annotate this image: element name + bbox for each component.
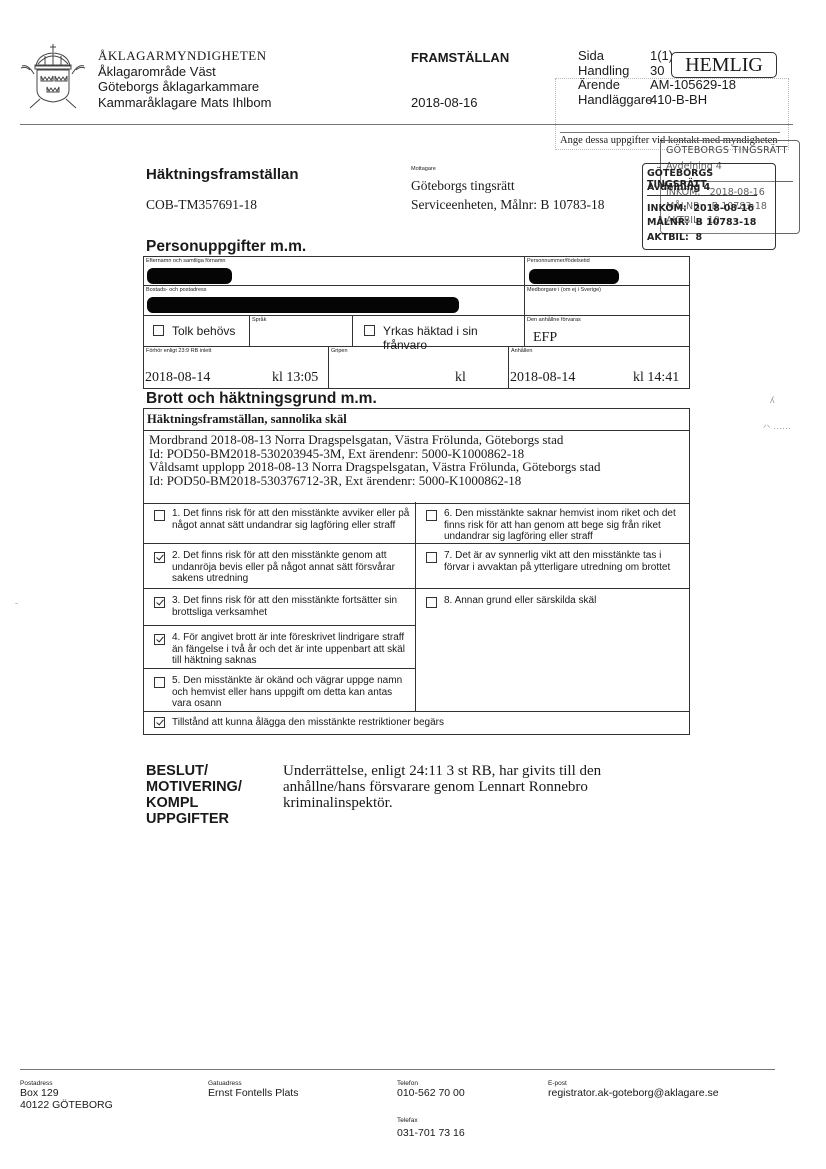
ground-5[interactable]: 5. Den misstänkte är okänd och vägrar up… [144, 669, 416, 712]
coat-of-arms-logo-icon [18, 42, 88, 112]
ground-6[interactable]: 6. Den misstänkte saknar hemvist inom ri… [416, 502, 689, 544]
scan-artifact: - [15, 598, 18, 608]
footer-phone: Telefon 010-562 70 00 [397, 1080, 465, 1099]
email-link[interactable]: registrator.ak-goteborg@aklagare.se [548, 1087, 719, 1099]
redaction [529, 269, 619, 284]
checkbox-checked-icon[interactable] [154, 634, 165, 645]
redaction [147, 297, 459, 313]
checkbox-checked-icon[interactable] [154, 717, 165, 728]
scan-artifact: ᐟᐠ ⋯⋯ [763, 423, 791, 434]
recipient-unit: Serviceenheten, Målnr: B 10783-18 [411, 197, 604, 213]
footer-postal: Postadress Box 129 40122 GÖTEBORG [20, 1080, 113, 1111]
interrogation-field: Förhör enligt 23:9 RB inlett 2018-08-14 … [144, 347, 329, 388]
checkbox-checked-icon[interactable] [154, 552, 165, 563]
ground-4[interactable]: 4. För angivet brott är inte föreskrivet… [144, 626, 416, 669]
footer-email: E-post registrator.ak-goteborg@aklagare.… [548, 1080, 719, 1099]
case-number: COB-TM357691-18 [146, 197, 257, 213]
section-title-offense: Brott och häktningsgrund m.m. [146, 390, 377, 408]
document-date: 2018-08-16 [411, 95, 478, 110]
offense-box: Häktningsframställan, sannolika skäl Mor… [143, 408, 690, 504]
decision-text: Underrättelse, enligt 24:11 3 st RB, har… [283, 763, 601, 811]
checkbox-icon[interactable] [426, 597, 437, 608]
citizenship-field: Medborgare i (om ej i Sverige) [525, 286, 689, 316]
ground-7[interactable]: 7. Det är av synnerlig vikt att den miss… [416, 544, 689, 589]
page-title: Häktningsframställan [146, 166, 299, 183]
redaction [147, 268, 232, 284]
offense-line: Id: POD50-BM2018-530376712-3R, Ext ärend… [149, 474, 601, 488]
ground-1[interactable]: 1. Det finns risk för att den misstänkte… [144, 502, 416, 544]
checkbox-icon[interactable] [154, 677, 165, 688]
checkbox-icon[interactable] [153, 325, 164, 336]
checkbox-icon[interactable] [364, 325, 375, 336]
restrictions-request[interactable]: Tillstånd att kunna ålägga den misstänkt… [144, 712, 689, 734]
language-field: Språk [250, 316, 353, 347]
person-details-table: Efternamn och samtliga förnamn Personnum… [143, 256, 690, 389]
address-field: Bostads- och postadress [144, 286, 525, 316]
section-title-person: Personuppgifter m.m. [146, 238, 306, 256]
header-divider [20, 124, 793, 125]
offense-heading: Häktningsframställan, sannolika skäl [147, 412, 347, 427]
meta-row-case: ÄrendeAM-105629-18 [578, 78, 736, 93]
meta-divider [560, 132, 780, 133]
ground-8[interactable]: 8. Annan grund eller särskilda skäl [416, 589, 689, 712]
detained-field: Anhållen 2018-08-14 kl 14:41 [509, 347, 689, 388]
classification-stamp: HEMLIG [671, 52, 777, 78]
recipient-label: Mottagare [411, 166, 436, 172]
authority-region: Åklagarområde Väst [98, 64, 271, 80]
meta-row-officer: Handläggare410-B-BH [578, 93, 736, 108]
checkbox-icon[interactable] [426, 510, 437, 521]
custody-location-field: Den anhållne förvaras EFP [525, 316, 689, 347]
detention-grounds-grid: 1. Det finns risk för att den misstänkte… [143, 502, 690, 735]
personal-id-field: Personnummer/födelsetid [525, 257, 689, 286]
arrested-field: Gripen kl [329, 347, 509, 388]
detain-in-absence-checkbox[interactable]: Yrkas häktad i sin frånvaro [353, 316, 525, 347]
ground-3[interactable]: 3. Det finns risk för att den misstänkte… [144, 589, 416, 626]
name-field: Efternamn och samtliga förnamn [144, 257, 525, 286]
decision-label: BESLUT/ MOTIVERING/ KOMPL UPPGIFTER [146, 763, 242, 827]
checkbox-icon[interactable] [426, 552, 437, 563]
offense-line: Våldsamt upplopp 2018-08-13 Norra Dragsp… [149, 460, 601, 474]
interpreter-needed-checkbox[interactable]: Tolk behövs [144, 316, 250, 347]
checkbox-checked-icon[interactable] [154, 597, 165, 608]
prosecutor-name: Kammaråklagare Mats Ihlbom [98, 95, 271, 111]
recipient-name: Göteborgs tingsrätt [411, 178, 515, 194]
offense-list: Mordbrand 2018-08-13 Norra Dragspelsgata… [149, 433, 601, 487]
issuing-authority: ÅKLAGARMYNDIGHETEN Åklagarområde Väst Gö… [98, 48, 271, 110]
checkbox-icon[interactable] [154, 510, 165, 521]
footer-divider [20, 1069, 775, 1070]
footer-fax: Telefax 031-701 73 16 [397, 1117, 465, 1139]
court-received-stamp: GÖTEBORGS TINGSRÄTT Avdelning 4 INKOM: 2… [642, 163, 776, 250]
offense-line: Mordbrand 2018-08-13 Norra Dragspelsgata… [149, 433, 601, 447]
offense-line: Id: POD50-BM2018-530203945-3M, Ext ärend… [149, 447, 601, 461]
footer-street: Gatuadress Ernst Fontells Plats [208, 1080, 298, 1099]
ground-2[interactable]: 2. Det finns risk för att den misstänkte… [144, 544, 416, 589]
scan-artifact: ʎ [770, 395, 775, 405]
authority-office: Göteborgs åklagarkammare [98, 79, 271, 95]
document-type: FRAMSTÄLLAN [411, 50, 509, 65]
authority-name: ÅKLAGARMYNDIGHETEN [98, 48, 271, 64]
